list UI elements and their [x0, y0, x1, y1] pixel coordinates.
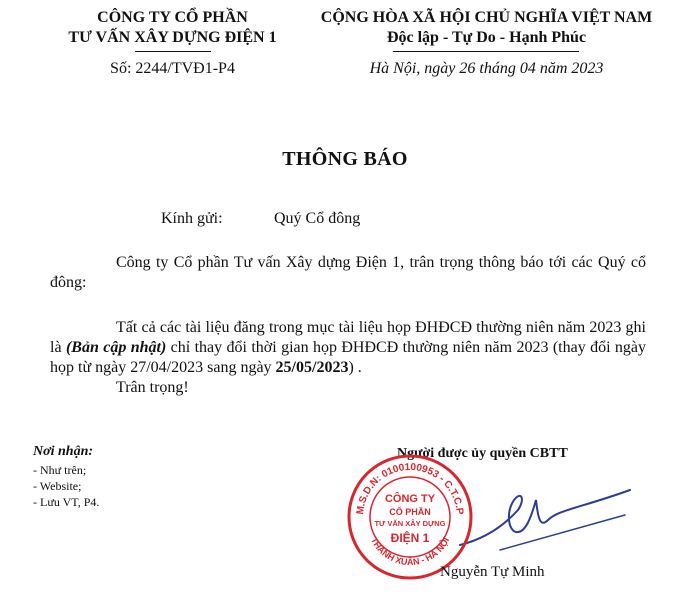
intro-text: Công ty Cổ phần Tư vấn Xây dựng Điện 1, … — [50, 253, 646, 293]
recipient-item: - Lưu VT, P4. — [33, 494, 99, 510]
addressee-label: Kính gửi: — [161, 210, 223, 228]
signer-name: Nguyễn Tự Minh — [440, 564, 545, 581]
nation-motto: Độc lập - Tự Do - Hạnh Phúc — [283, 28, 690, 48]
company-stamp-icon: M.S.D.N: 0100100953 - C.T.C.P THANH XUÂN… — [345, 452, 475, 582]
recipients-list: - Như trên; - Website; - Lưu VT, P4. — [33, 462, 99, 510]
org-underline — [135, 51, 211, 52]
svg-text:ĐIỆN 1: ĐIỆN 1 — [391, 530, 430, 545]
recipient-item: - Website; — [33, 478, 99, 494]
place-date: Hà Nội, ngày 26 tháng 04 năm 2023 — [283, 60, 690, 78]
notice-paragraph: Tất cả các tài liệu đăng trong mục tài l… — [50, 318, 646, 398]
notice-text: Tất cả các tài liệu đăng trong mục tài l… — [50, 318, 646, 378]
national-header: CỘNG HÒA XÃ HỘI CHỦ NGHĨA VIỆT NAM Độc l… — [283, 8, 690, 48]
new-meeting-date: 25/05/2023 — [276, 359, 349, 376]
svg-text:TƯ VẤN XÂY DỰNG: TƯ VẤN XÂY DỰNG — [374, 518, 445, 528]
recipient-item: - Như trên; — [33, 462, 99, 478]
recipients-title: Nơi nhận: — [33, 444, 93, 460]
nation-name: CỘNG HÒA XÃ HỘI CHỦ NGHĨA VIỆT NAM — [283, 8, 690, 28]
svg-text:CỔ PHẦN: CỔ PHẦN — [389, 506, 431, 517]
updated-version-tag: (Bản cập nhật) — [66, 339, 166, 356]
intro-paragraph: Công ty Cổ phần Tư vấn Xây dựng Điện 1, … — [50, 253, 646, 293]
svg-text:CÔNG TY: CÔNG TY — [385, 492, 436, 505]
addressee-name: Quý Cổ đông — [274, 210, 360, 228]
document-title: THÔNG BÁO — [0, 148, 690, 171]
closing-text: Trân trọng! — [50, 378, 646, 398]
motto-underline — [393, 51, 579, 52]
